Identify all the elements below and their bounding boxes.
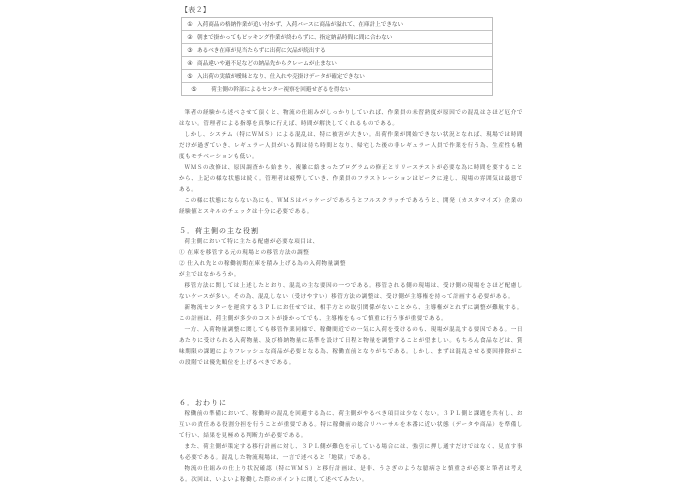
paragraph: が主ではなかろうか。	[179, 270, 523, 281]
issues-table: ① 入荷商品の格納作業が追い付かず、入荷バースに商品が溢れて、在庫計上できない …	[181, 17, 493, 96]
row-text: 荷主側の幹部によるセンター視察を回避せざるを得ない	[205, 85, 351, 93]
row-number: ①	[182, 21, 197, 28]
intro-body: 筆者の経験から述べさせて頂くと、物流の仕組みがしっかりしていれば、作業員の未習熟…	[179, 108, 523, 218]
row-text: 入荷商品の格納作業が追い付かず、入荷バースに商品が溢れて、在庫計上できない	[197, 20, 403, 28]
paragraph: この様に状態にならない為にも、ＷＭＳはパッケージであろうとフルスクラッチであろう…	[179, 196, 523, 218]
paragraph: 移管方法に関しては上述したとおり、混乱の主な要因の一つである。移管される側の現場…	[179, 281, 523, 303]
row-number: ③	[182, 47, 197, 54]
table-row: ⑤ 入出荷の実績が曖昧となり、仕入れや売掛けデータが確定できない	[182, 70, 492, 83]
row-number: ⑤	[182, 86, 205, 93]
list-item: ② 仕入れ先との稼働初期在庫を積み上げる為の入荷物量調整	[179, 259, 523, 270]
table-row: ③ あるべき在庫が見当たらずに出荷に欠品が続出する	[182, 44, 492, 57]
paragraph: 筆者の経験から述べさせて頂くと、物流の仕組みがしっかりしていれば、作業員の未習熟…	[179, 108, 523, 130]
paragraph: また、荷主側が策定する移行計画に対し、３ＰＬ側が難色を示している場合には、強引に…	[179, 442, 523, 464]
section-heading: ５．荷主側の主な役割	[179, 225, 523, 237]
list-item: ① 在庫を移管する元の現場との移管方法の調整	[179, 248, 523, 259]
section-heading: ６．おわりに	[179, 397, 523, 409]
paragraph: ＷＭＳの改修は、原因調査から始まり、複雑に絡まったプログラムの修正とリリーステス…	[179, 163, 523, 196]
table-row: ⑤ 荷主側の幹部によるセンター視察を回避せざるを得ない	[182, 83, 492, 95]
row-number: ⑤	[182, 73, 197, 80]
section-5: ５．荷主側の主な役割 荷主側において特に主たる配慮が必要な項目は、 ① 在庫を移…	[179, 225, 523, 369]
row-number: ④	[182, 60, 197, 67]
table-row: ④ 商品違いや過不足などの納品先からクレームが止まない	[182, 57, 492, 70]
row-text: 朝まで掛かってもピッキング作業が終わらずに、指定納品時間に間に合わない	[197, 33, 392, 41]
paragraph: 一方、入荷物量調整に関しても移管作業同様で、稼働間近での一気に入荷を受けるのも、…	[179, 325, 523, 369]
table-row: ② 朝まで掛かってもピッキング作業が終わらずに、指定納品時間に間に合わない	[182, 31, 492, 44]
paragraph: 稼働前の準備において、稼働時の混乱を回避する為に、荷主側がやるべき項目は少なくな…	[179, 409, 523, 442]
row-number: ②	[182, 34, 197, 41]
row-text: あるべき在庫が見当たらずに出荷に欠品が続出する	[197, 46, 326, 54]
paragraph: 新物流センターを運営する３ＰＬにお任せでは、相手方との取引関係がないことから、主…	[179, 303, 523, 325]
row-text: 入出荷の実績が曖昧となり、仕入れや売掛けデータが確定できない	[197, 72, 365, 80]
table-row: ① 入荷商品の格納作業が追い付かず、入荷バースに商品が溢れて、在庫計上できない	[182, 18, 492, 31]
row-text: 商品違いや過不足などの納品先からクレームが止まない	[197, 59, 337, 67]
paragraph: しかし、システム（特にＷＭＳ）による混乱は、特に被害が大きい。出荷作業が開始でき…	[179, 130, 523, 163]
table-caption: 【表２】	[181, 5, 210, 15]
paragraph: 物流の仕組みの仕上り状況確認（特にＷＭＳ）と移行計画は、是非、うさぎのような臆病…	[179, 464, 523, 486]
section-6: ６．おわりに 稼働前の準備において、稼働時の混乱を回避する為に、荷主側がやるべき…	[179, 397, 523, 486]
paragraph: 荷主側において特に主たる配慮が必要な項目は、	[179, 237, 523, 248]
